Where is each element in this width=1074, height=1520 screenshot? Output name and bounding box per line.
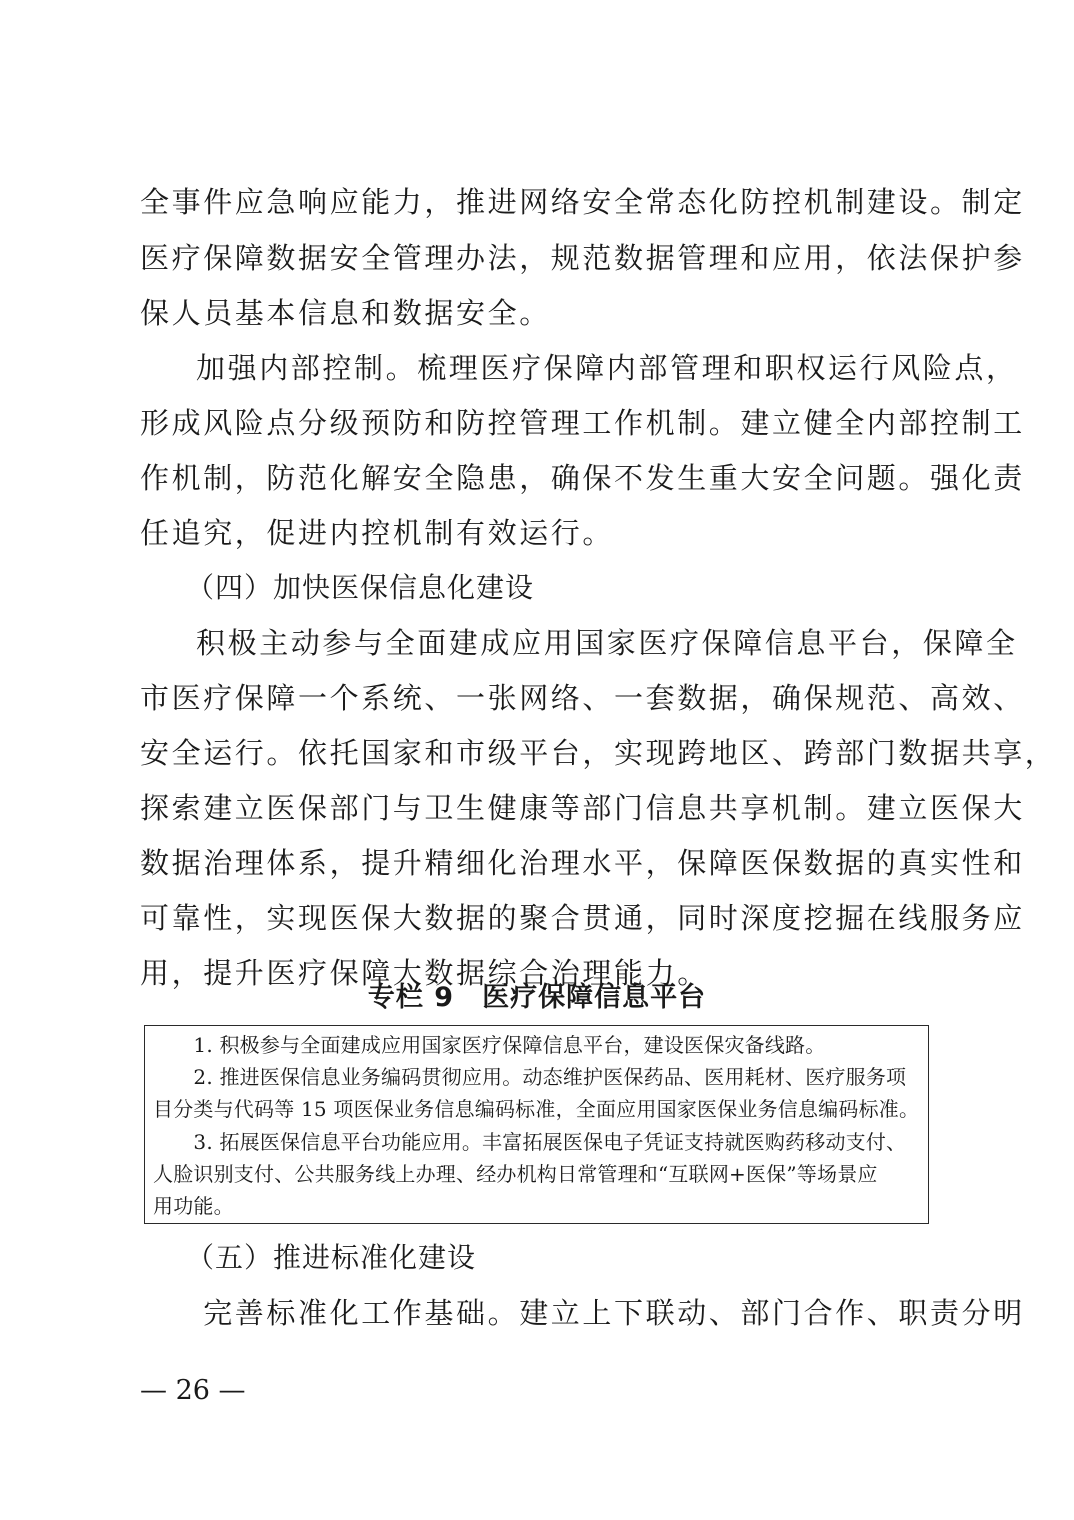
text-line: 全事件应急响应能力，推进网络安全常态化防控机制建设。制定: [140, 184, 940, 220]
text-line: 形成风险点分级预防和防控管理工作机制。建立健全内部控制工: [140, 405, 940, 441]
column-box: 1. 积极参与全面建成应用国家医疗保障信息平台，建设医保灾备线路。 2. 推进医…: [144, 1025, 929, 1224]
box-text-line: 目分类与代码等 15 项医保业务信息编码标准，全面应用国家医保业务信息编码标准。: [153, 1094, 923, 1124]
text-line: 可靠性，实现医保大数据的聚合贯通，同时深度挖掘在线服务应: [140, 900, 940, 936]
section-heading-5: （五）推进标准化建设: [186, 1240, 476, 1276]
section-heading-4: （四）加快医保信息化建设: [186, 570, 534, 606]
text-line: 任追究，促进内控机制有效运行。: [140, 515, 940, 551]
column-box-title: 专栏 9 医疗保障信息平台: [0, 978, 1074, 1018]
text-line: 作机制，防范化解安全隐患，确保不发生重大安全问题。强化责: [140, 460, 940, 496]
text-line: 积极主动参与全面建成应用国家医疗保障信息平台，保障全: [196, 625, 940, 661]
document-page: 全事件应急响应能力，推进网络安全常态化防控机制建设。制定 医疗保障数据安全管理办…: [0, 0, 1074, 1520]
box-text-line: 用功能。: [153, 1191, 923, 1221]
box-text-line: 2. 推进医保信息业务编码贯彻应用。动态维护医保药品、医用耗材、医疗服务项: [153, 1062, 923, 1092]
text-line: 完善标准化工作基础。建立上下联动、部门合作、职责分明: [140, 1295, 940, 1331]
box-text-line: 人脸识别支付、公共服务线上办理、经办机构日常管理和“互联网+医保”等场景应: [153, 1159, 923, 1189]
text-line: 数据治理体系，提升精细化治理水平，保障医保数据的真实性和: [140, 845, 940, 881]
box-text-line: 3. 拓展医保信息平台功能应用。丰富拓展医保电子凭证支持就医购药移动支付、: [153, 1127, 923, 1157]
text-line: 安全运行。依托国家和市级平台，实现跨地区、跨部门数据共享，: [140, 735, 940, 771]
page-number: — 26 —: [140, 1373, 246, 1409]
text-line: 探索建立医保部门与卫生健康等部门信息共享机制。建立医保大: [140, 790, 940, 826]
box-text-line: 1. 积极参与全面建成应用国家医疗保障信息平台，建设医保灾备线路。: [153, 1030, 923, 1060]
text-line: 保人员基本信息和数据安全。: [140, 295, 940, 331]
text-line: 加强内部控制。梳理医疗保障内部管理和职权运行风险点，: [196, 350, 940, 386]
text-line: 医疗保障数据安全管理办法，规范数据管理和应用，依法保护参: [140, 240, 940, 276]
text-line: 市医疗保障一个系统、一张网络、一套数据，确保规范、高效、: [140, 680, 940, 716]
